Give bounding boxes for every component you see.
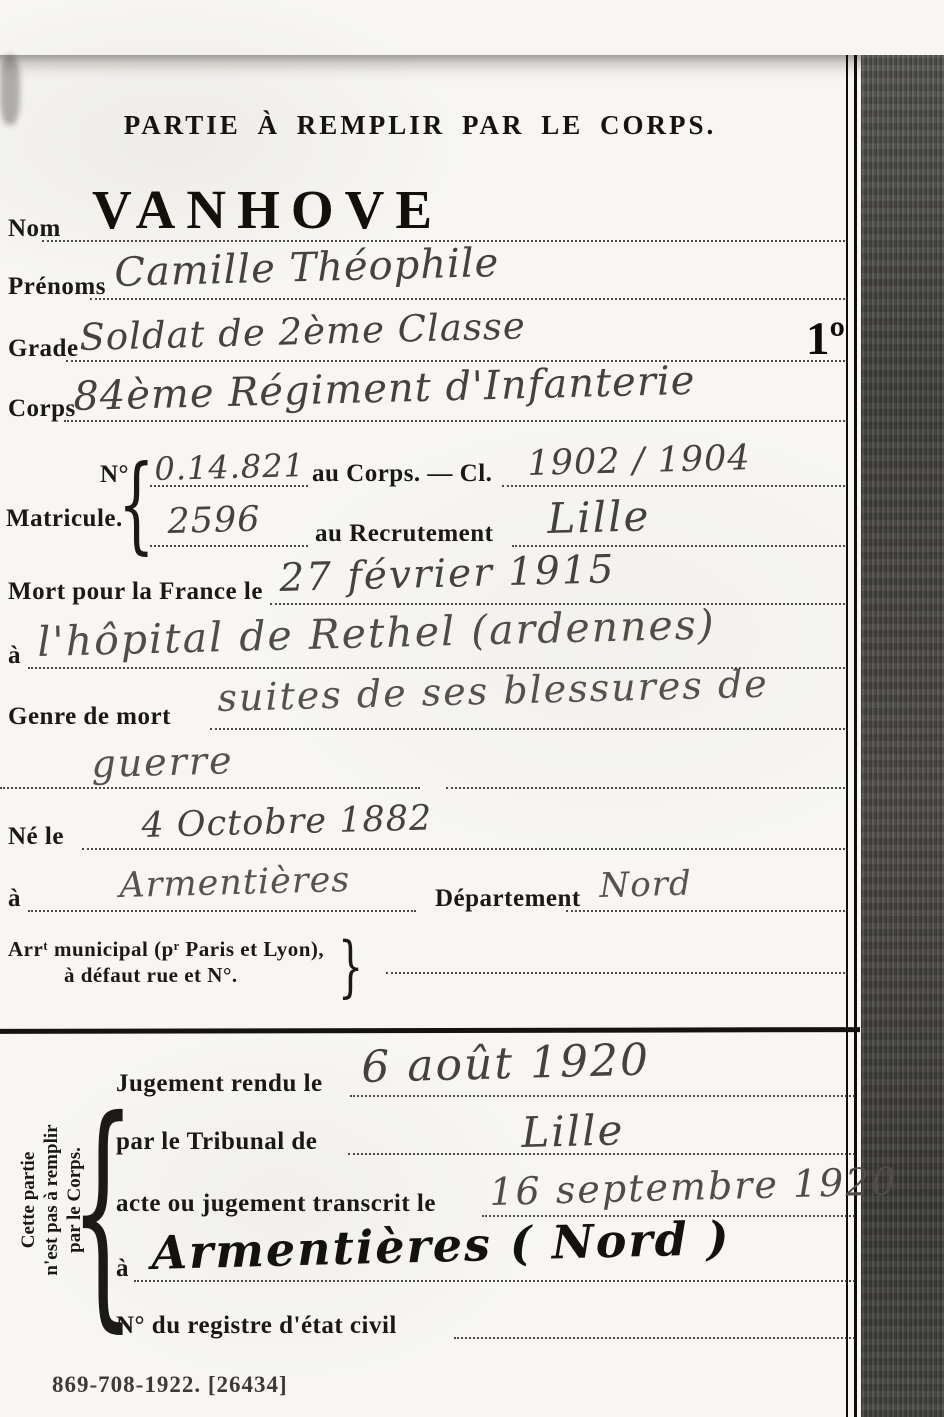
printer-imprint: 869-708-1922. [26434] (52, 1372, 288, 1398)
dotted-line (64, 420, 845, 422)
genre-mort-label: Genre de mort (8, 704, 171, 730)
matricule-corps-value: 0.14.821 (154, 446, 305, 488)
tribunal-value: Lille (521, 1105, 625, 1157)
matricule-label: Matricule. (6, 506, 123, 532)
matricule-recrutement-value: 2596 (167, 500, 261, 542)
dotted-line (150, 545, 308, 547)
dotted-line (512, 545, 845, 547)
dotted-line (446, 787, 845, 789)
nom-label: Nom (8, 216, 61, 242)
dotted-line (566, 910, 845, 912)
ne-le-label: Né le (8, 824, 64, 850)
page-edge-line (846, 55, 848, 1417)
dotted-line (502, 485, 845, 487)
ne-lieu-label: à (8, 886, 21, 912)
genre-mort-value-line1: suites de ses blessures de (217, 662, 769, 720)
dotted-line (134, 1280, 855, 1282)
au-recrutement-label: au Recrutement (315, 521, 493, 547)
scan-edge-smudge (0, 55, 20, 125)
book-gutter-shadow (861, 55, 944, 1417)
jugement-date-value: 6 août 1920 (361, 1034, 651, 1093)
dotted-line (350, 1095, 855, 1097)
dotted-line (82, 848, 845, 850)
mort-lieu-label: à (8, 643, 21, 669)
grade-class-stamp: 1º (806, 312, 845, 366)
nom-value: VANHOVE (92, 178, 443, 241)
mort-label: Mort pour la France le (8, 579, 263, 605)
ne-lieu-value: Armentières (119, 860, 351, 906)
corps-value: 84ème Régiment d'Infanterie (73, 358, 696, 420)
genre-mort-value-line2: guerre (91, 738, 234, 786)
dotted-line (90, 298, 845, 300)
departement-value: Nord (599, 864, 692, 906)
registre-label: N° du registre d'état civil (116, 1313, 397, 1339)
au-corps-label: au Corps. — Cl. (312, 461, 492, 487)
side-note-line1: Cette partie (17, 1075, 40, 1325)
matricule-brace: { (118, 452, 155, 557)
page-edge-line (854, 55, 857, 1417)
mort-date-value: 27 février 1915 (279, 547, 616, 601)
prenoms-value: Camille Théophile (114, 240, 500, 296)
departement-label: Département (435, 886, 581, 912)
transcrit-lieu-value: Armentières ( Nord ) (151, 1211, 732, 1280)
grade-value: Soldat de 2ème Classe (79, 304, 526, 359)
dotted-line (210, 728, 845, 730)
ne-le-value: 4 Octobre 1882 (141, 798, 433, 846)
jugement-label: Jugement rendu le (116, 1071, 323, 1097)
classe-value: 1902 / 1904 (527, 438, 751, 484)
dotted-line (386, 972, 845, 974)
section-separator-line (0, 1027, 860, 1034)
transcrit-lieu-label: à (116, 1256, 129, 1282)
side-note-line2: n'est pas à remplir (40, 1075, 63, 1325)
scan-noise-band (0, 55, 862, 81)
prenoms-label: Prénoms (8, 274, 106, 300)
arrondissement-brace: } (338, 934, 363, 1000)
transcrit-date-value: 16 septembre 1920 (489, 1159, 898, 1214)
mort-lieu-value: l'hôpital de Rethel (ardennes) (37, 600, 717, 666)
tribunal-label: par le Tribunal de (116, 1129, 317, 1155)
dotted-line (454, 1337, 855, 1339)
dotted-line (66, 360, 845, 362)
dotted-line (28, 910, 416, 912)
dotted-line (0, 787, 420, 789)
page-title: PARTIE À REMPLIR PAR LE CORPS. (60, 110, 780, 141)
grade-label: Grade (8, 336, 79, 362)
scanned-military-death-record: PARTIE À REMPLIR PAR LE CORPS. Nom VANHO… (0, 0, 944, 1417)
arrondissement-label-line2: à défaut rue et N°. (64, 964, 238, 986)
corps-label: Corps (8, 396, 76, 422)
arrondissement-label-line1: Arrᵗ municipal (pʳ Paris et Lyon), (8, 938, 324, 960)
transcrit-label: acte ou jugement transcrit le (116, 1191, 436, 1217)
lieu-recrutement-value: Lille (547, 491, 651, 543)
